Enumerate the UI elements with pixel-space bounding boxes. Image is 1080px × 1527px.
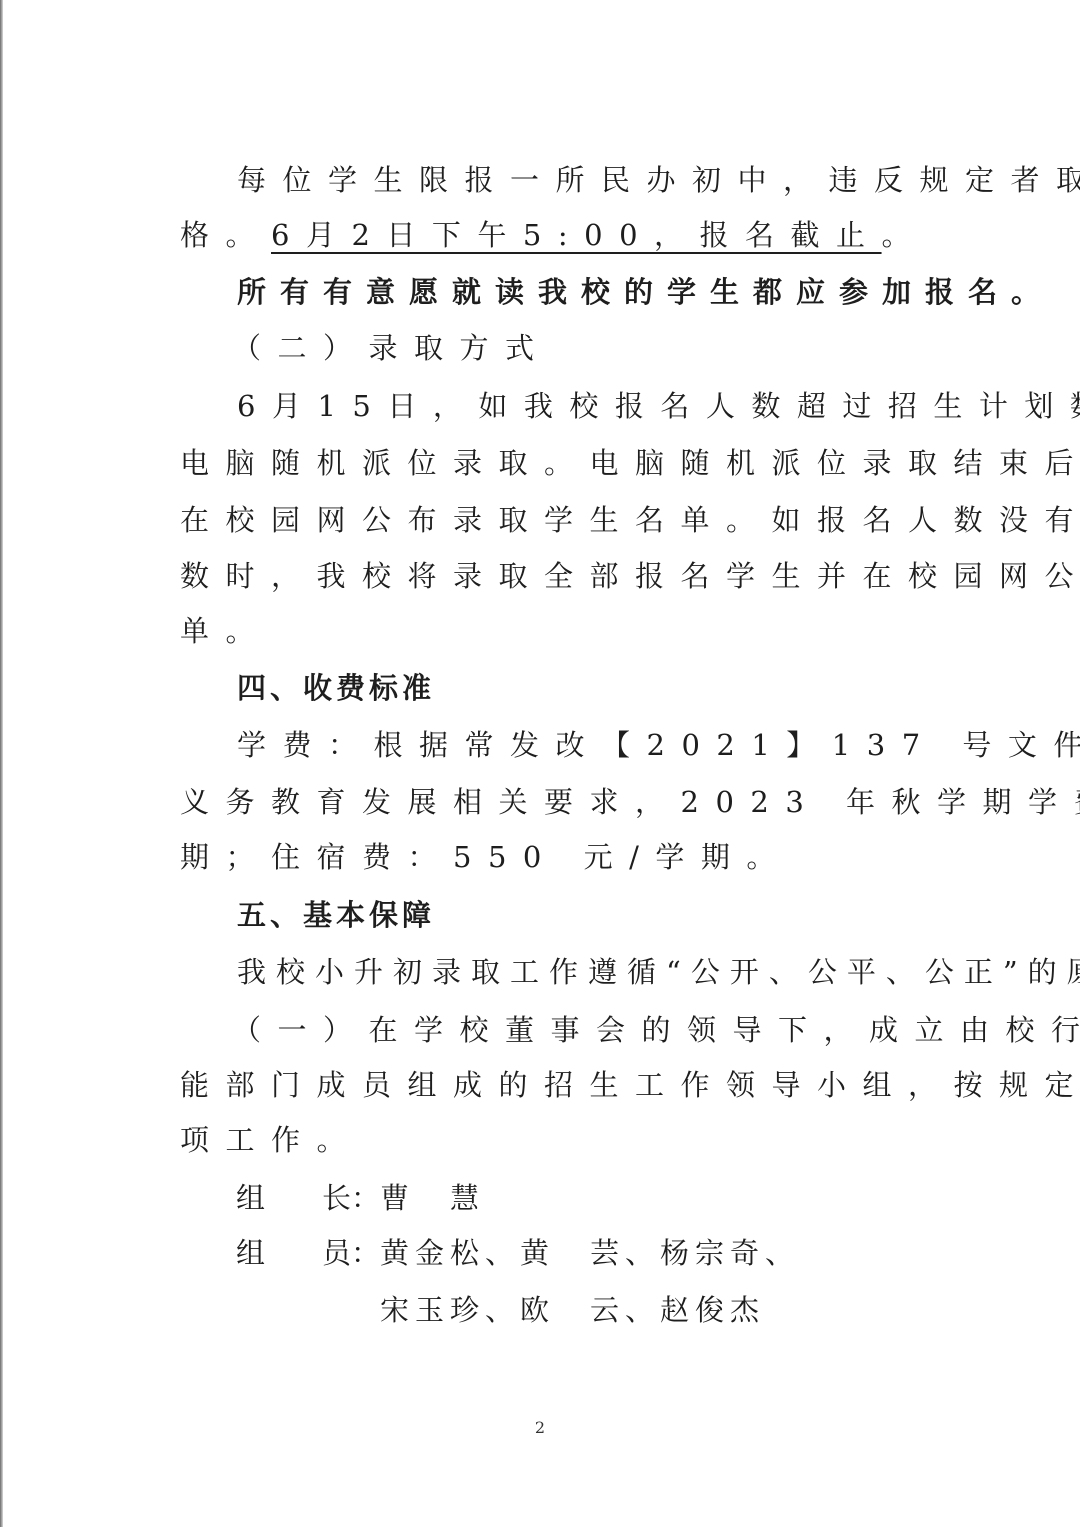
deadline-underlined-text: 6月2日下午5:00，报名截止	[271, 218, 882, 252]
team-members-row: 宋玉珍、欧 云、赵俊杰	[180, 1290, 940, 1330]
document-page: 每位学生限报一所民办初中，违反规定者取消其报名资 格。6月2日下午5:00，报名…	[0, 0, 1080, 1527]
paragraph-line: 在校园网公布录取学生名单。如报名人数没有超过招生计划	[180, 500, 940, 540]
section-title: 四、收费标准	[237, 668, 997, 708]
team-members: 黄金松、黄 芸、杨宗奇、	[380, 1233, 800, 1273]
paragraph-line: （一）在学校董事会的领导下，成立由校行政及相关职	[232, 1010, 992, 1050]
paragraph-line: 电脑随机派位录取。电脑随机派位录取结束后的当日，我校	[180, 443, 940, 483]
subsection-title: （二）录取方式	[232, 328, 992, 368]
team-leader-row: 组 长： 曹 慧	[180, 1178, 940, 1218]
paragraph-line: 格。6月2日下午5:00，报名截止。	[180, 215, 940, 255]
paragraph-line: 能部门成员组成的招生工作领导小组，按规定实施招生的各	[180, 1065, 940, 1105]
paragraph-line: 单。	[180, 611, 940, 651]
paragraph-line: 6月15日，如我校报名人数超过招生计划数时，将实行	[237, 386, 997, 426]
team-label: 组	[236, 1233, 282, 1273]
team-label: 长：	[322, 1178, 380, 1218]
text-span: 格。	[180, 218, 271, 252]
team-label: 员：	[322, 1233, 380, 1273]
paragraph-line: 项工作。	[180, 1120, 940, 1160]
text-span: 。	[882, 218, 928, 252]
paragraph-line: 每位学生限报一所民办初中，违反规定者取消其报名资	[237, 160, 997, 200]
page-number: 2	[530, 1418, 550, 1437]
team-members-row: 组 员： 黄金松、黄 芸、杨宗奇、	[180, 1233, 940, 1273]
paragraph-line: 期；住宿费：550 元/学期。	[180, 837, 940, 877]
team-leader-name: 曹 慧	[380, 1178, 485, 1218]
team-label: 组	[236, 1178, 282, 1218]
paragraph-line: 学费：根据常发改【2021】137 号文件精神和规范民办	[237, 725, 997, 765]
team-members: 宋玉珍、欧 云、赵俊杰	[380, 1290, 765, 1330]
paragraph-line: 我校小升初录取工作遵循“公开、公平、公正”的原则。	[237, 952, 997, 992]
bold-notice: 所有有意愿就读我校的学生都应参加报名。	[237, 272, 997, 312]
section-title: 五、基本保障	[237, 895, 997, 935]
paragraph-line: 义务教育发展相关要求，2023 年秋学期学费：13200 元/学	[180, 782, 940, 822]
paragraph-line: 数时，我校将录取全部报名学生并在校园网公布录取学生名	[180, 556, 940, 596]
